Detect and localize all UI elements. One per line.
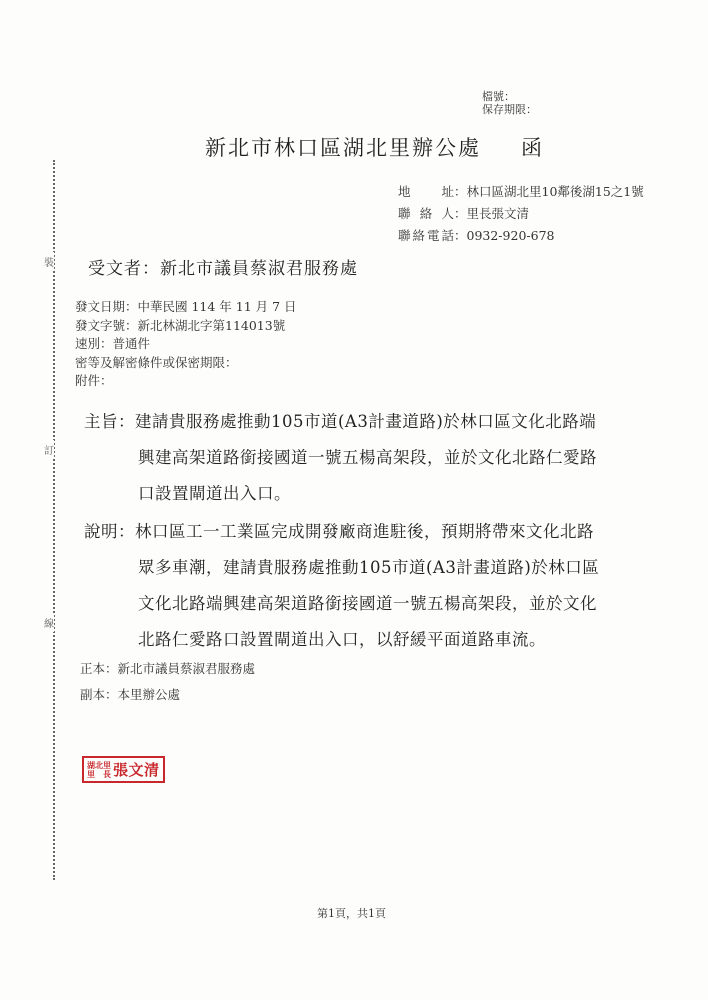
attachments: 附件： bbox=[75, 372, 297, 391]
explanation-line: 說明：林口區工一工業區完成開發廠商進駐後，預期將帶來文化北路 bbox=[84, 518, 684, 554]
issue-date: 發文日期：中華民國 114 年 11 月 7 日 bbox=[75, 298, 297, 317]
binding-mark-zhuang: 裝 bbox=[44, 252, 54, 271]
copy-recipient: 副本：本里辦公處 bbox=[80, 682, 255, 708]
retention-period-label: 保存期限： bbox=[482, 103, 537, 116]
phone-value: ：0932-920-678 bbox=[454, 228, 554, 243]
explanation-line: 文化北路端興建高架道路銜接國道一號五楊高架段，並於文化 bbox=[84, 590, 684, 626]
subject-section: 主旨：建請貴服務處推動105市道(A3計畫道路)於林口區文化北路端 興建高架道路… bbox=[84, 408, 684, 516]
page-number: 第1頁，共1頁 bbox=[317, 905, 386, 921]
phone-row: 聯絡電話：0932-920-678 bbox=[398, 225, 644, 247]
issuing-office: 新北市林口區湖北里辦公處 bbox=[205, 136, 481, 160]
document-type: 函 bbox=[521, 136, 544, 160]
subject-line: 主旨：建請貴服務處推動105市道(A3計畫道路)於林口區文化北路端 bbox=[84, 408, 684, 444]
address-row: 地址：林口區湖北里10鄰後湖15之1號 bbox=[398, 181, 644, 203]
classification: 密等及解密條件或保密期限： bbox=[75, 354, 297, 373]
delivery-speed: 速別：普通件 bbox=[75, 335, 297, 354]
phone-label: 聯絡電話 bbox=[398, 225, 454, 247]
document-title: 新北市林口區湖北里辦公處函 bbox=[205, 132, 544, 162]
binding-mark-xian: 線 bbox=[44, 613, 54, 632]
explanation-section: 說明：林口區工一工業區完成開發廠商進駐後，預期將帶來文化北路 眾多車潮，建請貴服… bbox=[84, 518, 684, 662]
recipient: 受文者：新北市議員蔡淑君服務處 bbox=[88, 254, 358, 279]
subject-label: 主旨： bbox=[84, 412, 135, 431]
original-recipient: 正本：新北市議員蔡淑君服務處 bbox=[80, 656, 255, 682]
archive-info: 檔號： 保存期限： bbox=[482, 90, 537, 116]
seal-name: 張文清 bbox=[113, 759, 160, 780]
seal-title: 湖北里 里 長 bbox=[87, 761, 111, 779]
subject-line: 口設置閘道出入口。 bbox=[84, 480, 684, 516]
binding-mark-ding: 訂 bbox=[44, 440, 54, 459]
distribution: 正本：新北市議員蔡淑君服務處 副本：本里辦公處 bbox=[80, 656, 255, 708]
contact-person-label: 聯絡人 bbox=[398, 203, 454, 225]
address-value: ：林口區湖北里10鄰後湖15之1號 bbox=[454, 184, 644, 199]
file-number-label: 檔號： bbox=[482, 90, 537, 103]
address-label: 地址 bbox=[398, 181, 454, 203]
document-number: 發文字號：新北林湖北字第114013號 bbox=[75, 317, 297, 336]
official-seal: 湖北里 里 長 張文清 bbox=[82, 756, 165, 783]
contact-person-row: 聯絡人：里長張文清 bbox=[398, 203, 644, 225]
contact-person-value: ：里長張文清 bbox=[454, 206, 529, 221]
contact-block: 地址：林口區湖北里10鄰後湖15之1號 聯絡人：里長張文清 聯絡電話：0932-… bbox=[398, 181, 644, 247]
document-meta: 發文日期：中華民國 114 年 11 月 7 日 發文字號：新北林湖北字第114… bbox=[75, 298, 297, 391]
explanation-line: 眾多車潮，建請貴服務處推動105市道(A3計畫道路)於林口區 bbox=[84, 554, 684, 590]
subject-line: 興建高架道路銜接國道一號五楊高架段，並於文化北路仁愛路 bbox=[84, 444, 684, 480]
explanation-label: 說明： bbox=[84, 522, 135, 541]
